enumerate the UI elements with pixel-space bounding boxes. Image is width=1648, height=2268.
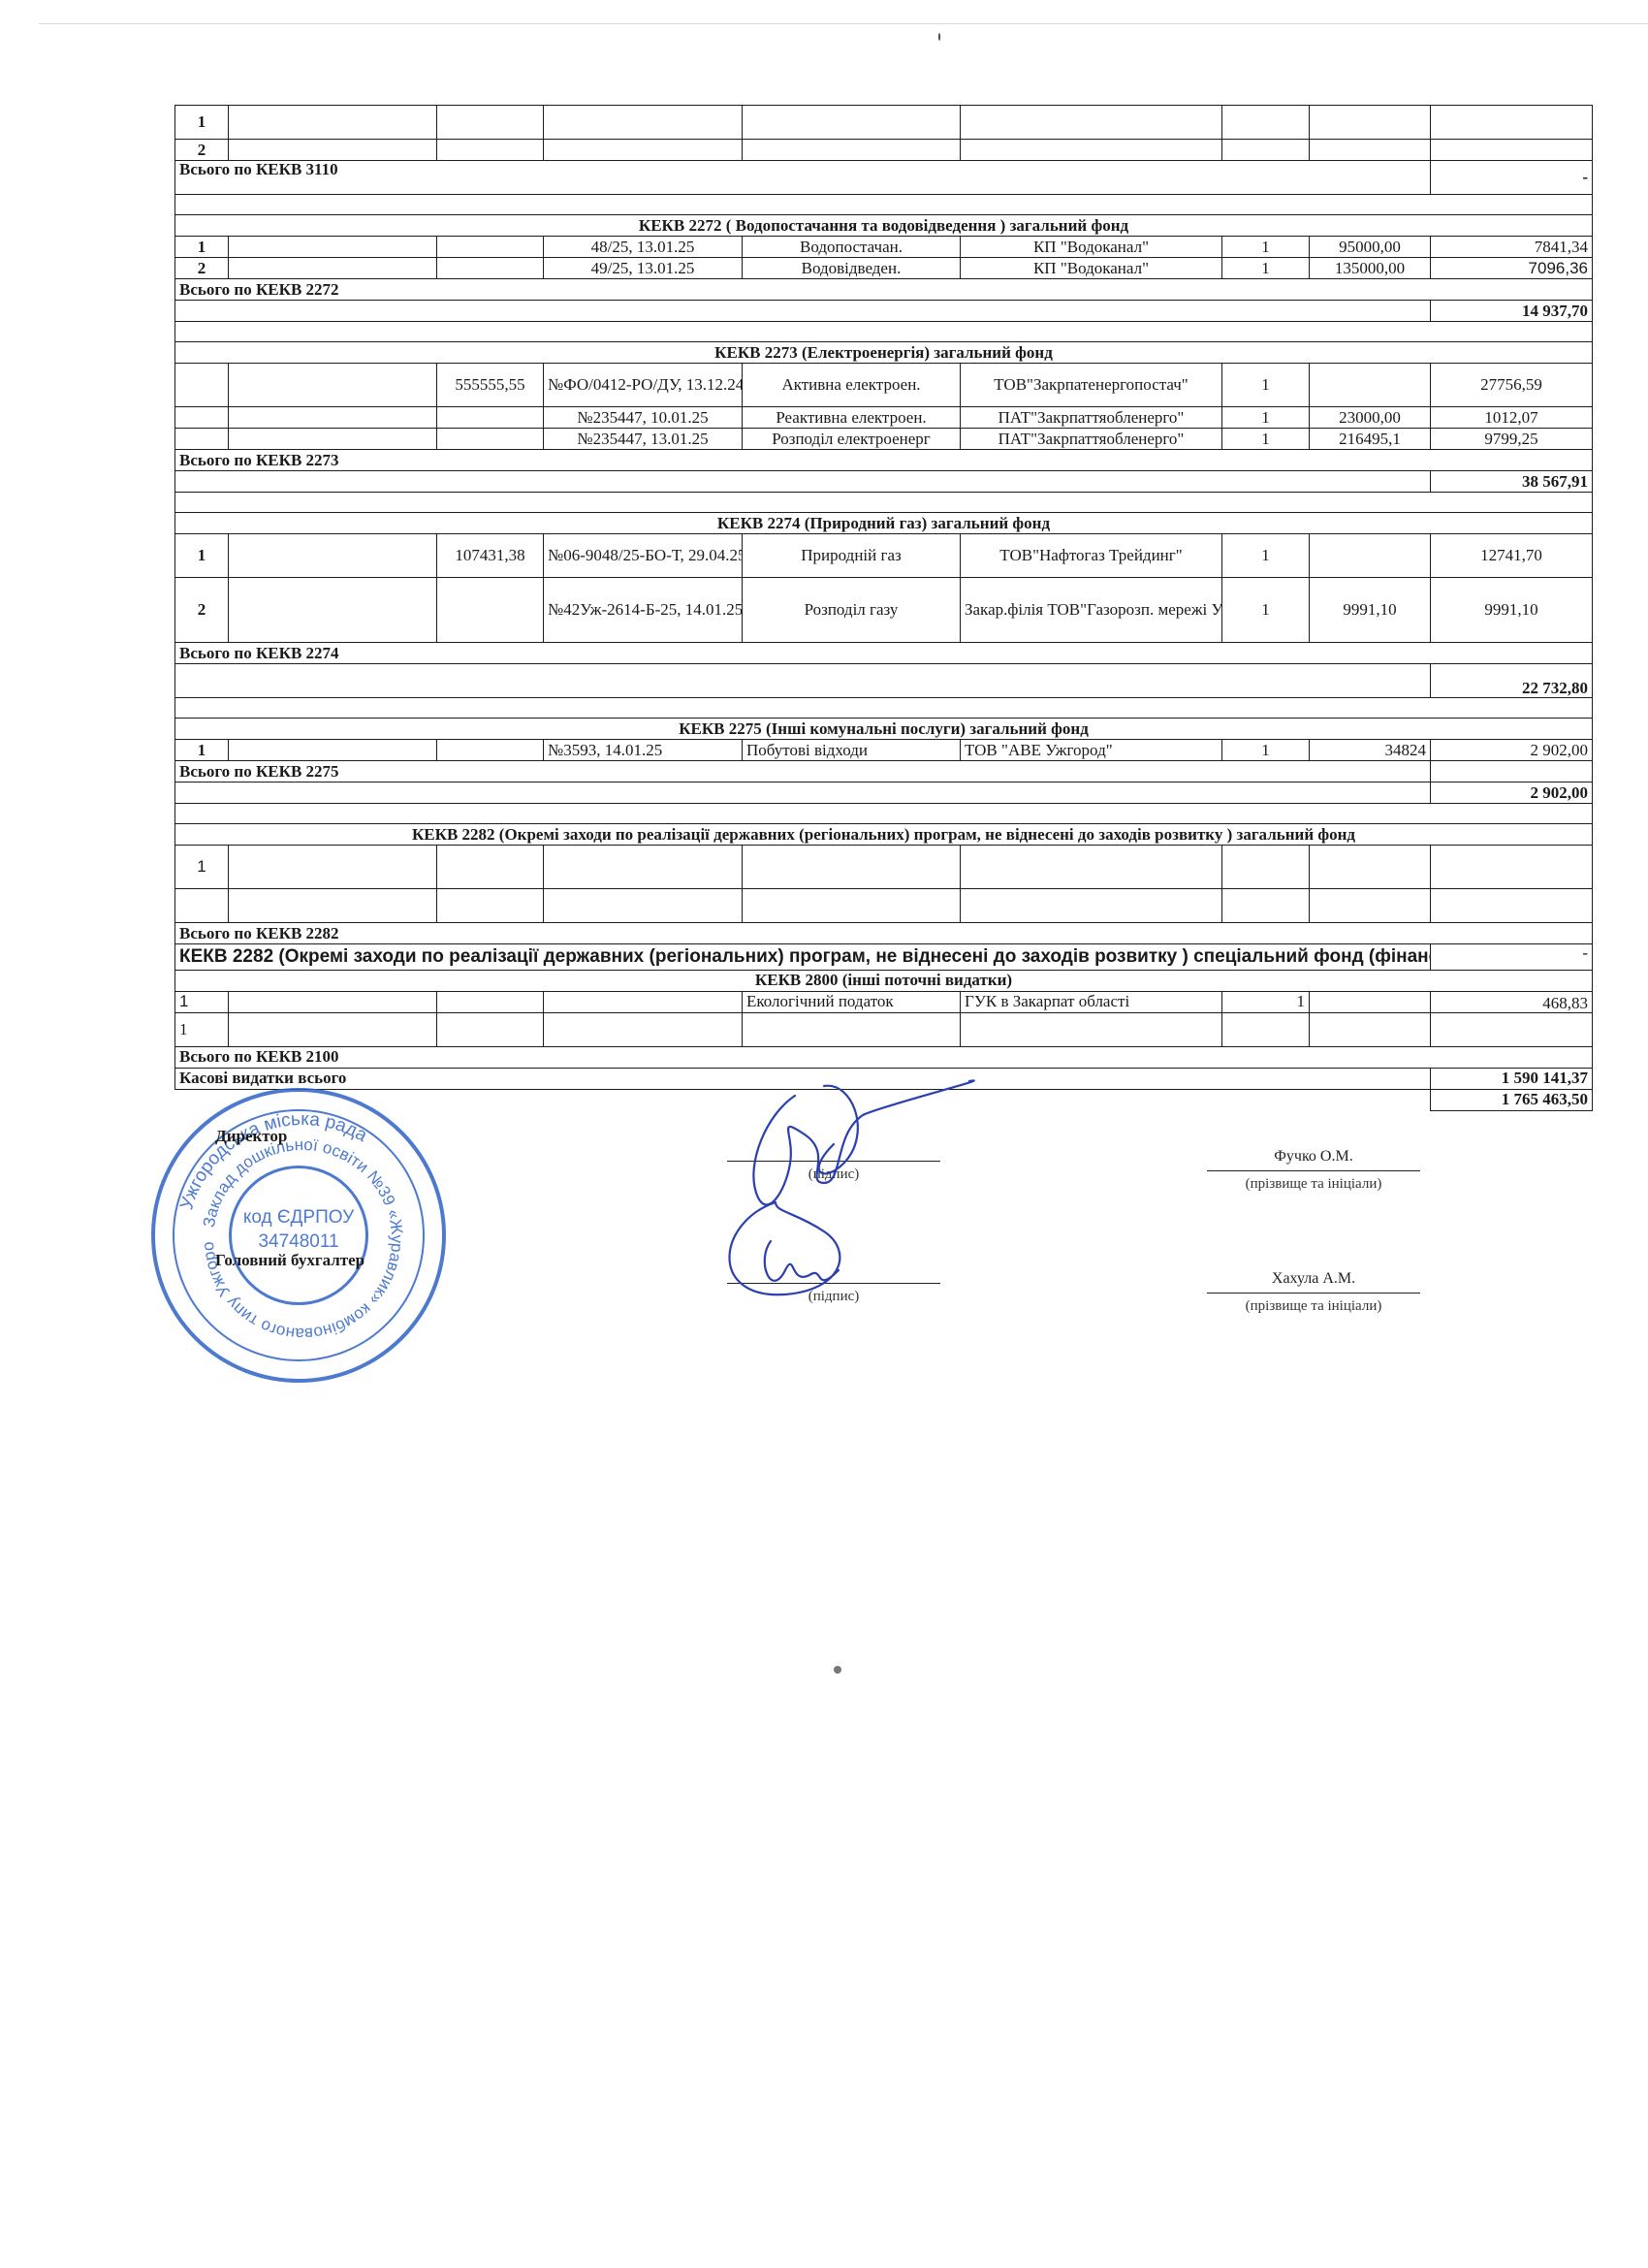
- section-header: КЕКВ 2273 (Електроенергія) загальний фон…: [175, 342, 1593, 364]
- document-ref: 49/25, 13.01.25: [544, 258, 743, 279]
- total-value: 38 567,91: [1431, 471, 1593, 493]
- total-row: Всього по КЕКВ 2282: [175, 923, 1593, 944]
- section-header: КЕКВ 2272 ( Водопостачання та водовідвед…: [175, 215, 1593, 237]
- quantity: 1: [1222, 991, 1310, 1012]
- total-row: Всього по КЕКВ 2273: [175, 450, 1593, 471]
- total-value: -: [1431, 161, 1593, 195]
- contract-sum: 34824: [1310, 740, 1431, 761]
- supplier: КП "Водоканал": [961, 258, 1222, 279]
- row-number: 1: [175, 991, 229, 1012]
- section-title: КЕКВ 2272 ( Водопостачання та водовідвед…: [175, 215, 1593, 237]
- item-name: Екологічний податок: [743, 991, 961, 1012]
- accountant-name-caption: (прізвище та ініціали): [1197, 1298, 1430, 1315]
- quantity: 1: [1222, 407, 1310, 429]
- supplier: ТОВ "АВЕ Ужгород": [961, 740, 1222, 761]
- section-header: КЕКВ 2800 (інші поточні видатки): [175, 970, 1593, 991]
- item-name: Побутові відходи: [743, 740, 961, 761]
- item-name: Водовідведен.: [743, 258, 961, 279]
- document-ref: №235447, 10.01.25: [544, 407, 743, 429]
- total-row: Всього по КЕКВ 2274: [175, 643, 1593, 664]
- row-number: 1: [175, 237, 229, 258]
- total-row: Всього по КЕКВ 3110 -: [175, 161, 1593, 195]
- quantity: 1: [1222, 740, 1310, 761]
- contract-sum: [1310, 364, 1431, 407]
- scan-edge-line: [39, 23, 1648, 24]
- supplier: ПАТ"Закрпаттяобленерго": [961, 407, 1222, 429]
- stamp-code-label: код ЄДРПОУ: [155, 1206, 442, 1230]
- total-label: Всього по КЕКВ 2274: [175, 643, 1593, 664]
- table-row: 555555,55 №ФО/0412-РО/ДУ, 13.12.24 Актив…: [175, 364, 1593, 407]
- plan-amount: 555555,55: [437, 364, 544, 407]
- row-number: 2: [175, 258, 229, 279]
- section-header: КЕКВ 2282 (Окремі заходи по реалізації д…: [175, 824, 1593, 846]
- section-title: КЕКВ 2800 (інші поточні видатки): [175, 970, 1593, 991]
- total-label: Всього по КЕКВ 2100: [175, 1046, 1593, 1068]
- table-row: 1: [175, 1012, 1593, 1046]
- table-row: №235447, 10.01.25 Реактивна електроен. П…: [175, 407, 1593, 429]
- quantity: 1: [1222, 237, 1310, 258]
- item-name: Розподіл електроенерг: [743, 429, 961, 450]
- document-ref: №ФО/0412-РО/ДУ, 13.12.24: [544, 364, 743, 407]
- quantity: 1: [1222, 534, 1310, 578]
- document-ref: №3593, 14.01.25: [544, 740, 743, 761]
- table-row: №235447, 13.01.25 Розподіл електроенерг …: [175, 429, 1593, 450]
- contract-sum: 23000,00: [1310, 407, 1431, 429]
- section-title: КЕКВ 2282 (Окремі заходи по реалізації д…: [175, 824, 1593, 846]
- table-row: 1: [175, 106, 1593, 140]
- supplier: ТОВ"Закрпатенергопостач": [961, 364, 1222, 407]
- item-name: Реактивна електроен.: [743, 407, 961, 429]
- total-value: 2 902,00: [1431, 783, 1593, 804]
- section-title: КЕКВ 2274 (Природний газ) загальний фонд: [175, 513, 1593, 534]
- total-label: Всього по КЕКВ 3110: [175, 161, 1431, 195]
- total-row: Всього по КЕКВ 2275: [175, 761, 1593, 783]
- section-title: КЕКВ 2273 (Електроенергія) загальний фон…: [175, 342, 1593, 364]
- row-number: 1: [175, 740, 229, 761]
- amount: 2 902,00: [1431, 740, 1593, 761]
- amount: 7096,36: [1431, 258, 1593, 279]
- amount: 7841,34: [1431, 237, 1593, 258]
- director-role-label: Директор: [215, 1127, 287, 1146]
- table-row: 2 49/25, 13.01.25 Водовідведен. КП "Водо…: [175, 258, 1593, 279]
- total-value-row: 22 732,80: [175, 664, 1593, 698]
- quantity: 1: [1222, 429, 1310, 450]
- total-label: Всього по КЕКВ 2273: [175, 450, 1593, 471]
- item-name: Природній газ: [743, 534, 961, 578]
- row-number: 2: [175, 140, 229, 161]
- accountant-name: Хахула А.М.: [1207, 1270, 1420, 1288]
- item-name: Розподіл газу: [743, 578, 961, 643]
- amount: 27756,59: [1431, 364, 1593, 407]
- director-name-line: [1207, 1170, 1420, 1171]
- supplier: КП "Водоканал": [961, 237, 1222, 258]
- total-value-row: 38 567,91: [175, 471, 1593, 493]
- section-header: КЕКВ 2275 (Інші комунальні послуги) зага…: [175, 719, 1593, 740]
- supplier: ТОВ"Нафтогаз Трейдинг": [961, 534, 1222, 578]
- row-number: 2: [175, 578, 229, 643]
- table-row: 1 107431,38 №06-9048/25-БО-Т, 29.04.25 П…: [175, 534, 1593, 578]
- document-ref: №42Уж-2614-Б-25, 14.01.25: [544, 578, 743, 643]
- document-ref: №06-9048/25-БО-Т, 29.04.25: [544, 534, 743, 578]
- total-value-row: 2 902,00: [175, 783, 1593, 804]
- total-value-row: 14 937,70: [175, 301, 1593, 322]
- table-row: 2 №42Уж-2614-Б-25, 14.01.25 Розподіл газ…: [175, 578, 1593, 643]
- contract-sum: 9991,10: [1310, 578, 1431, 643]
- total-value: 22 732,80: [1431, 664, 1593, 698]
- contract-sum: 135000,00: [1310, 258, 1431, 279]
- total-row: Всього по КЕКВ 2100: [175, 1046, 1593, 1068]
- item-name: Водопостачан.: [743, 237, 961, 258]
- cash-expenditure-table: 1 2 Всього по КЕКВ 3110 - КЕКВ 2272 ( Во…: [174, 105, 1593, 1111]
- contract-sum: [1310, 534, 1431, 578]
- row-number: 1: [175, 1012, 229, 1046]
- section-title: КЕКВ 2275 (Інші комунальні послуги) зага…: [175, 719, 1593, 740]
- total-label: Всього по КЕКВ 2282: [175, 923, 1593, 944]
- table-row: 1 48/25, 13.01.25 Водопостачан. КП "Водо…: [175, 237, 1593, 258]
- official-stamp: Ужгородська міська рада Заклад дошкільно…: [151, 1088, 446, 1383]
- director-name: Фучко О.М.: [1207, 1148, 1420, 1166]
- quantity: 1: [1222, 578, 1310, 643]
- accountant-role-label: Головний бухгалтер: [215, 1251, 364, 1270]
- total-row: Всього по КЕКВ 2272: [175, 279, 1593, 301]
- quantity: 1: [1222, 364, 1310, 407]
- document-ref: №235447, 13.01.25: [544, 429, 743, 450]
- grand-total-value: 1 765 463,50: [1431, 1089, 1593, 1110]
- document-ref: 48/25, 13.01.25: [544, 237, 743, 258]
- special-fund-value: -: [1431, 944, 1593, 971]
- scan-speck: [834, 1666, 841, 1674]
- total-label: Всього по КЕКВ 2275: [175, 761, 1431, 783]
- quantity: 1: [1222, 258, 1310, 279]
- row-number: 1: [175, 846, 229, 889]
- total-label: Всього по КЕКВ 2272: [175, 279, 1593, 301]
- contract-sum: 216495,1: [1310, 429, 1431, 450]
- special-fund-title: КЕКВ 2282 (Окремі заходи по реалізації д…: [175, 944, 1431, 971]
- table-row: 1 Екологічний податок ГУК в Закарпат обл…: [175, 991, 1593, 1012]
- handwritten-signatures: [679, 1076, 1066, 1309]
- supplier: Закар.філія ТОВ"Газорозп. мережі України…: [961, 578, 1222, 643]
- cash-total-value: 1 590 141,37: [1431, 1068, 1593, 1089]
- amount: 12741,70: [1431, 534, 1593, 578]
- plan-amount: 107431,38: [437, 534, 544, 578]
- contract-sum: 95000,00: [1310, 237, 1431, 258]
- accountant-name-line: [1207, 1293, 1420, 1294]
- director-name-caption: (прізвище та ініціали): [1197, 1176, 1430, 1193]
- table-row: 2: [175, 140, 1593, 161]
- item-name: Активна електроен.: [743, 364, 961, 407]
- supplier: ГУК в Закарпат області: [961, 991, 1222, 1012]
- scan-speck: [938, 33, 940, 41]
- table-row: [175, 889, 1593, 923]
- supplier: ПАТ"Закрпаттяобленерго": [961, 429, 1222, 450]
- amount: 9799,25: [1431, 429, 1593, 450]
- table-row: 1 №3593, 14.01.25 Побутові відходи ТОВ "…: [175, 740, 1593, 761]
- amount: 468,83: [1431, 991, 1593, 1012]
- row-number: 1: [175, 106, 229, 140]
- table-row: 1: [175, 846, 1593, 889]
- special-fund-header: КЕКВ 2282 (Окремі заходи по реалізації д…: [175, 944, 1593, 971]
- row-number: 1: [175, 534, 229, 578]
- section-header: КЕКВ 2274 (Природний газ) загальний фонд: [175, 513, 1593, 534]
- amount: 9991,10: [1431, 578, 1593, 643]
- amount: 1012,07: [1431, 407, 1593, 429]
- total-value: 14 937,70: [1431, 301, 1593, 322]
